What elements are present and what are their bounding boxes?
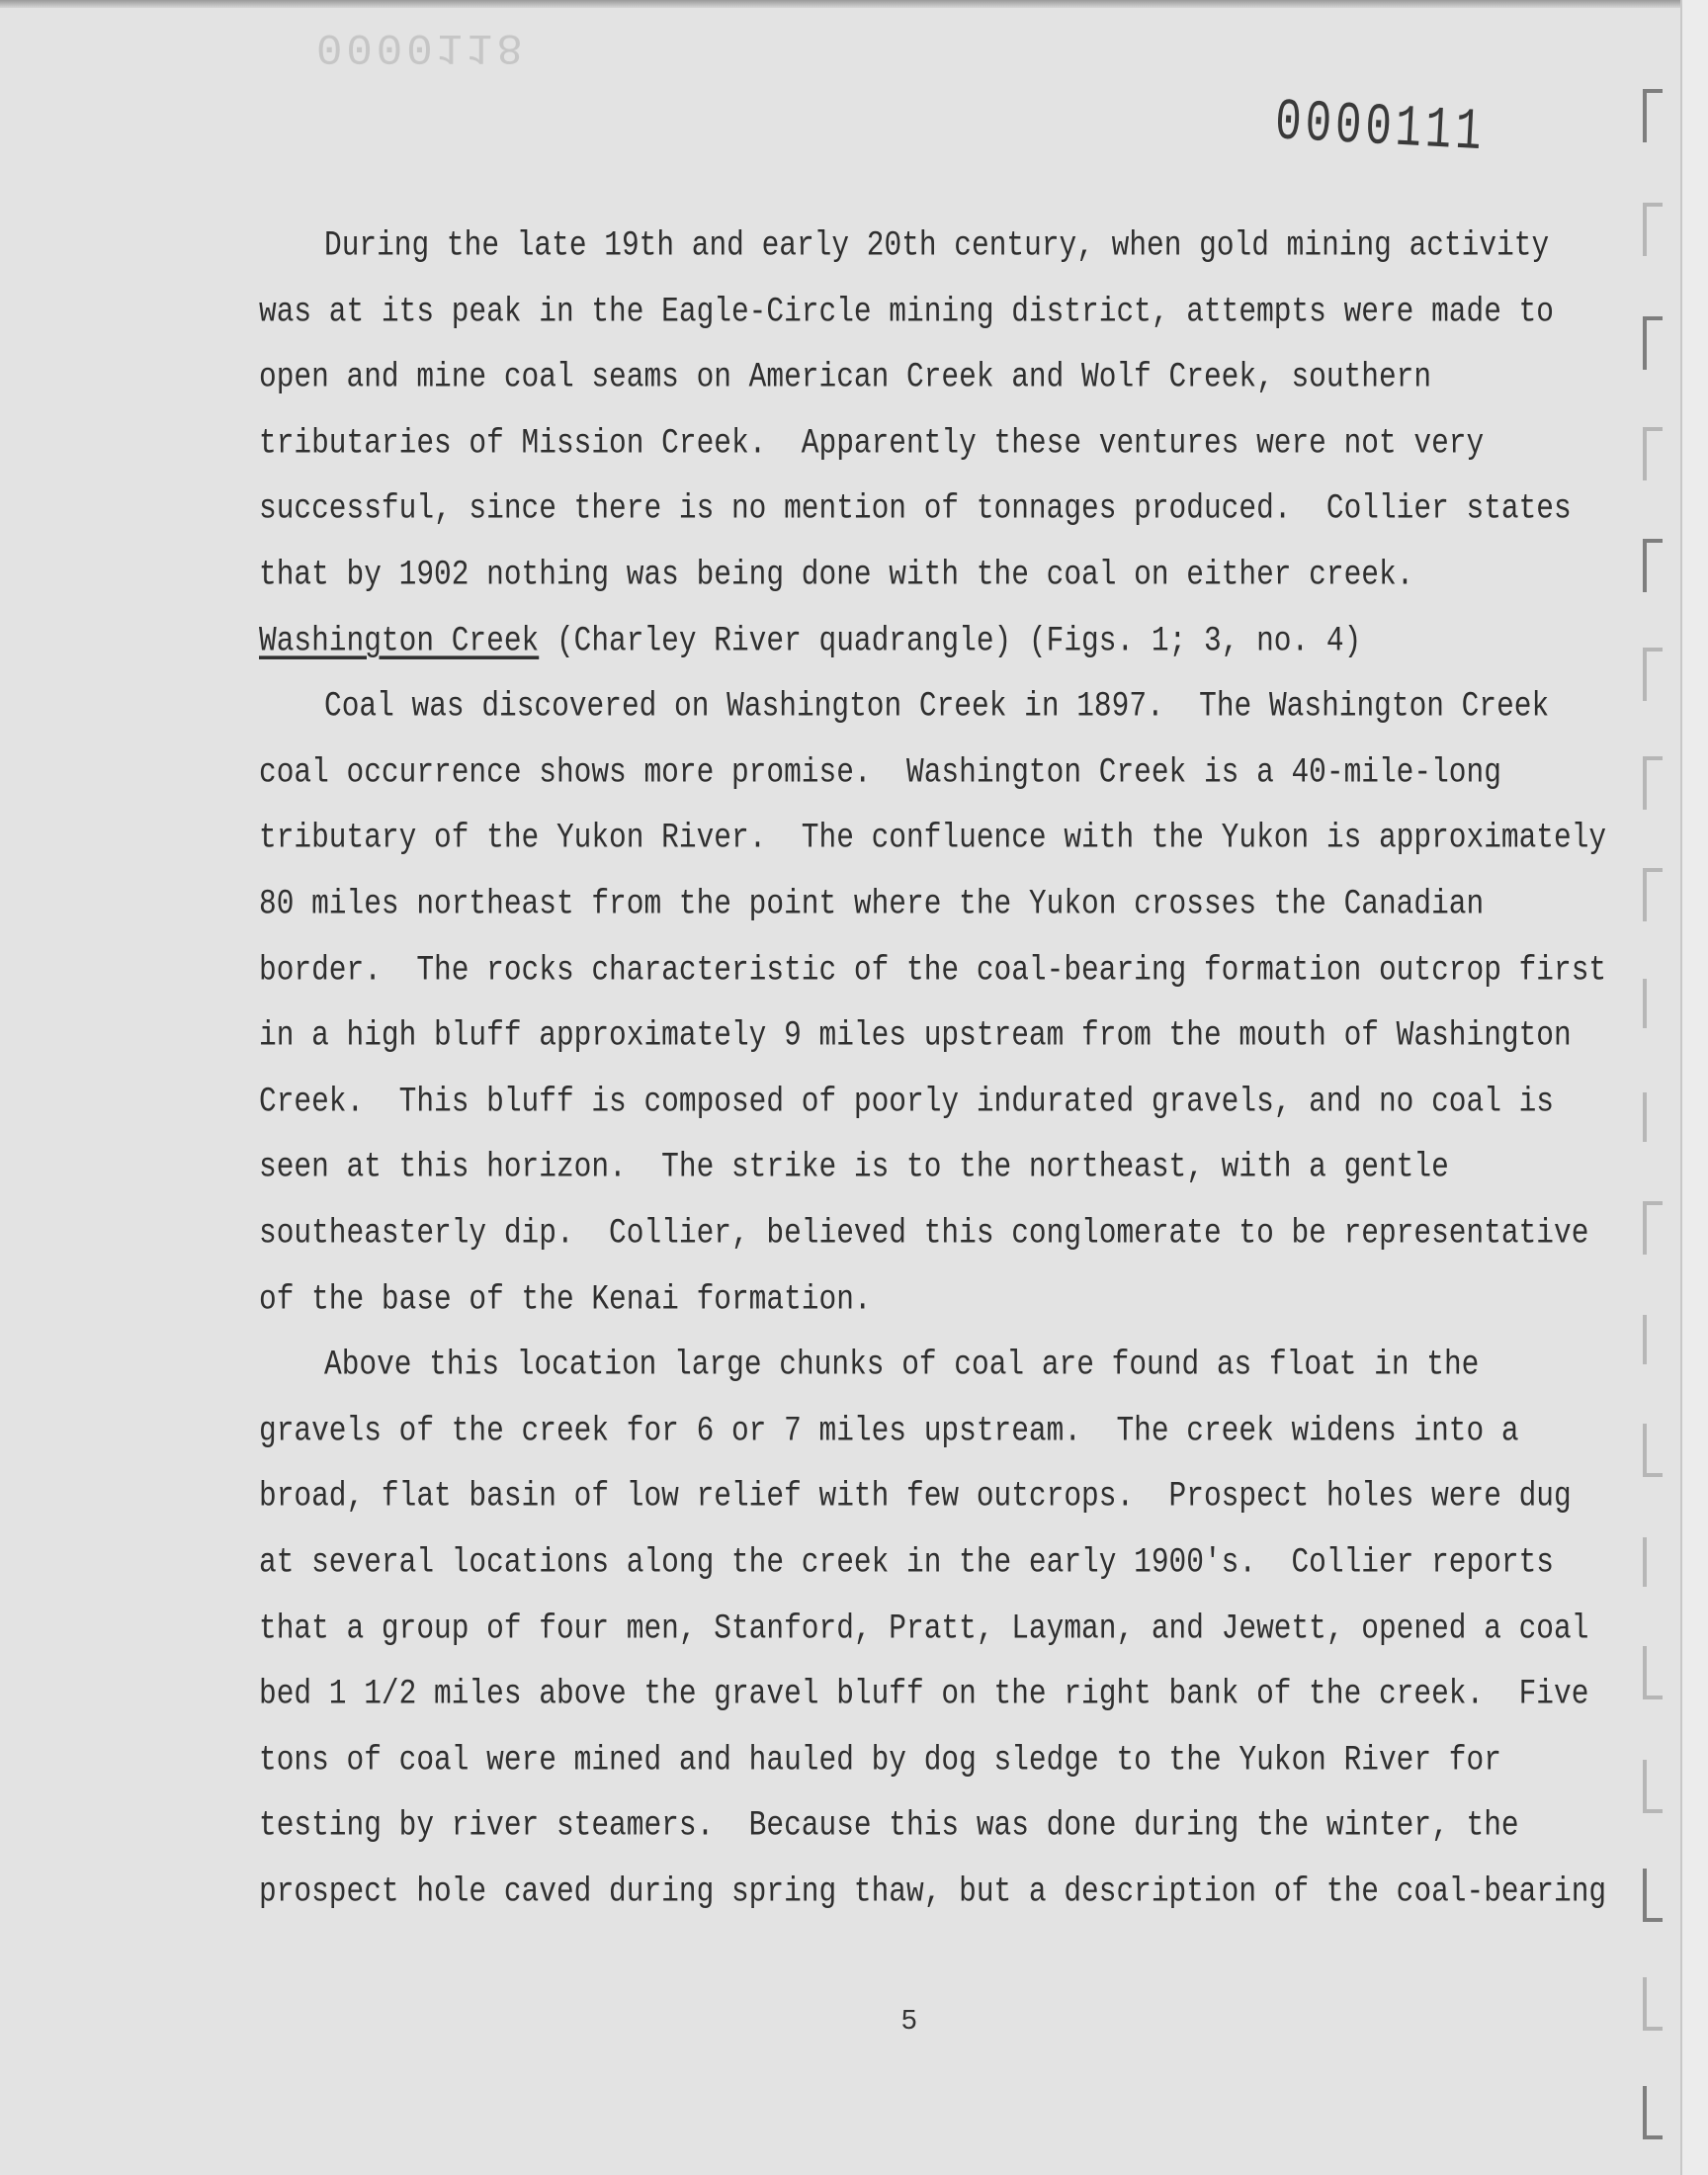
text-line: 80 miles northeast from the point where … — [259, 884, 1484, 923]
margin-mark — [1643, 868, 1663, 921]
text-line: During the late 19th and early 20th cent… — [324, 225, 1549, 265]
text-line: Above this location large chunks of coal… — [324, 1345, 1479, 1384]
text-line: successful, since there is no mention of… — [259, 488, 1572, 528]
margin-mark — [1643, 1869, 1663, 1922]
scan-top-edge — [0, 0, 1680, 8]
text-line: prospect hole caved during spring thaw, … — [259, 1871, 1606, 1911]
margin-mark — [1643, 1424, 1663, 1477]
text-line: of the base of the Kenai formation. — [259, 1279, 872, 1319]
margin-mark — [1643, 756, 1663, 810]
text-line: that a group of four men, Stanford, Prat… — [259, 1609, 1588, 1648]
text-line: Creek. This bluff is composed of poorly … — [259, 1082, 1554, 1121]
text-line: that by 1902 nothing was being done with… — [259, 555, 1413, 594]
text-line: southeasterly dip. Collier, believed thi… — [259, 1213, 1588, 1253]
text-line: testing by river steamers. Because this … — [259, 1805, 1519, 1845]
margin-mark — [1643, 1760, 1663, 1813]
margin-mark — [1643, 1315, 1663, 1364]
text-line: bed 1 1/2 miles above the gravel bluff o… — [259, 1674, 1588, 1713]
margin-mark — [1643, 1092, 1663, 1142]
page-number: 5 — [901, 2004, 917, 2036]
bleed-through-number: 0000118 — [316, 22, 527, 71]
text-line: tributaries of Mission Creek. Apparently… — [259, 423, 1484, 463]
margin-mark — [1643, 1537, 1663, 1587]
text-line: in a high bluff approximately 9 miles up… — [259, 1015, 1572, 1055]
text-line: tributary of the Yukon River. The conflu… — [259, 818, 1606, 857]
margin-mark — [1643, 1201, 1663, 1255]
section-heading: Washington Creek — [259, 621, 539, 660]
text-line: coal occurrence shows more promise. Wash… — [259, 752, 1501, 792]
margin-mark — [1643, 2086, 1663, 2139]
text-line: broad, flat basin of low relief with few… — [259, 1476, 1572, 1516]
text-line: gravels of the creek for 6 or 7 miles up… — [259, 1411, 1519, 1450]
margin-mark — [1643, 979, 1663, 1028]
margin-mark — [1643, 203, 1663, 256]
document-number: 0000111 — [1273, 90, 1487, 168]
text-line: Coal was discovered on Washington Creek … — [324, 686, 1549, 726]
margin-mark — [1643, 1977, 1663, 2031]
document-page: 0000118 0000111 During the late 19th and… — [0, 0, 1682, 2175]
margin-mark — [1643, 1646, 1663, 1699]
margin-mark — [1643, 89, 1663, 142]
text-line: was at its peak in the Eagle-Circle mini… — [259, 292, 1554, 331]
section-heading-line: Washington Creek (Charley River quadrang… — [259, 621, 1361, 660]
margin-mark — [1643, 539, 1663, 592]
text-line: seen at this horizon. The strike is to t… — [259, 1147, 1449, 1186]
margin-mark — [1643, 427, 1663, 480]
text-line: tons of coal were mined and hauled by do… — [259, 1740, 1501, 1780]
scan-edge-strip — [1682, 0, 1708, 2175]
text-line: at several locations along the creek in … — [259, 1542, 1554, 1582]
text-line: open and mine coal seams on American Cre… — [259, 357, 1431, 396]
text-line: border. The rocks characteristic of the … — [259, 950, 1606, 990]
margin-mark — [1643, 648, 1663, 701]
margin-mark — [1643, 316, 1663, 370]
